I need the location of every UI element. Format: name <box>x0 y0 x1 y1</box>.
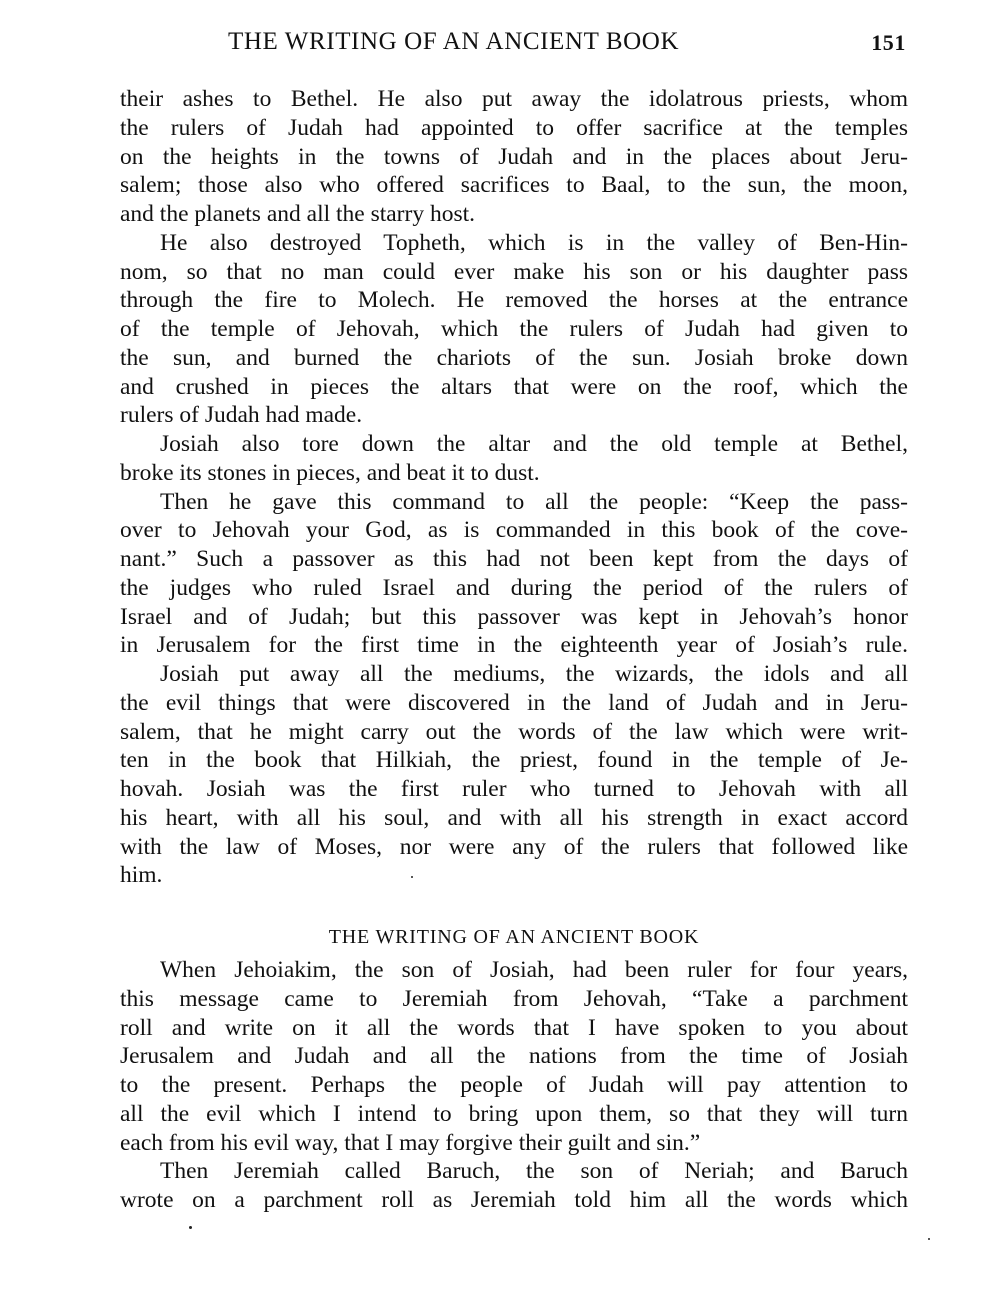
text-line: broke its stones in pieces, and beat it … <box>120 459 908 488</box>
text-line: salem; those also who offered sacrifices… <box>120 171 908 200</box>
text-line: Jerusalem and Judah and all the nations … <box>120 1042 908 1071</box>
text-line: nant.” Such a passover as this had not b… <box>120 545 908 574</box>
text-line: their ashes to Bethel. He also put away … <box>120 85 908 114</box>
text-line: through the fire to Molech. He removed t… <box>120 286 908 315</box>
text-line: roll and write on it all the words that … <box>120 1014 908 1043</box>
text-line: this message came to Jeremiah from Jehov… <box>120 985 908 1014</box>
text-line: Then Jeremiah called Baruch, the son of … <box>120 1157 908 1186</box>
text-line: the sun, and burned the chariots of the … <box>120 344 908 373</box>
running-header: THE WRITING OF AN ANCIENT BOOK 151 <box>120 28 908 62</box>
text-line: salem, that he might carry out the words… <box>120 718 908 747</box>
text-line: wrote on a parchment roll as Jeremiah to… <box>120 1186 908 1215</box>
book-page: THE WRITING OF AN ANCIENT BOOK 151 their… <box>0 0 1000 1304</box>
text-line: over to Jehovah your God, as is commande… <box>120 516 908 545</box>
text-line: of the temple of Jehovah, which the rule… <box>120 315 908 344</box>
text-line: and crushed in pieces the altars that we… <box>120 373 908 402</box>
text-line: with the law of Moses, nor were any of t… <box>120 833 908 862</box>
scan-speck <box>189 1226 192 1229</box>
text-line: Then he gave this command to all the peo… <box>120 488 908 517</box>
section-heading-text: THE WRITING OF AN ANCIENT BOOK <box>329 926 699 948</box>
text-line: him. <box>120 861 908 890</box>
paragraph: When Jehoiakim, the son of Josiah, had b… <box>120 956 908 1157</box>
text-line: his heart, with all his soul, and with a… <box>120 804 908 833</box>
text-line: nom, so that no man could ever make his … <box>120 258 908 287</box>
text-line: ten in the book that Hilkiah, the priest… <box>120 746 908 775</box>
section-heading: THE WRITING OF AN ANCIENT BOOK <box>0 926 1000 949</box>
text-line: Israel and of Judah; but this passover w… <box>120 603 908 632</box>
text-line: in Jerusalem for the first time in the e… <box>120 631 908 660</box>
paragraph: Then he gave this command to all the peo… <box>120 488 908 661</box>
text-line: to the present. Perhaps the people of Ju… <box>120 1071 908 1100</box>
text-line: He also destroyed Topheth, which is in t… <box>120 229 908 258</box>
page-number: 151 <box>871 30 906 56</box>
paragraph: their ashes to Bethel. He also put away … <box>120 85 908 229</box>
text-line: on the heights in the towns of Judah and… <box>120 143 908 172</box>
paragraph: Josiah also tore down the altar and the … <box>120 430 908 488</box>
section-1-body: their ashes to Bethel. He also put away … <box>120 85 908 890</box>
text-line: Josiah also tore down the altar and the … <box>120 430 908 459</box>
text-line: Josiah put away all the mediums, the wiz… <box>120 660 908 689</box>
scan-speck <box>411 876 413 878</box>
text-line: rulers of Judah had made. <box>120 401 908 430</box>
text-line: the rulers of Judah had appointed to off… <box>120 114 908 143</box>
paragraph: Josiah put away all the mediums, the wiz… <box>120 660 908 890</box>
text-line: When Jehoiakim, the son of Josiah, had b… <box>120 956 908 985</box>
paragraph: He also destroyed Topheth, which is in t… <box>120 229 908 430</box>
section-2-body: When Jehoiakim, the son of Josiah, had b… <box>120 956 908 1215</box>
text-line: and the planets and all the starry host. <box>120 200 908 229</box>
text-line: hovah. Josiah was the first ruler who tu… <box>120 775 908 804</box>
text-line: all the evil which I intend to bring upo… <box>120 1100 908 1129</box>
running-header-title: THE WRITING OF AN ANCIENT BOOK <box>228 28 679 56</box>
scan-speck <box>928 1238 930 1240</box>
text-line: the evil things that were discovered in … <box>120 689 908 718</box>
text-line: each from his evil way, that I may forgi… <box>120 1129 908 1158</box>
text-line: the judges who ruled Israel and during t… <box>120 574 908 603</box>
paragraph: Then Jeremiah called Baruch, the son of … <box>120 1157 908 1215</box>
